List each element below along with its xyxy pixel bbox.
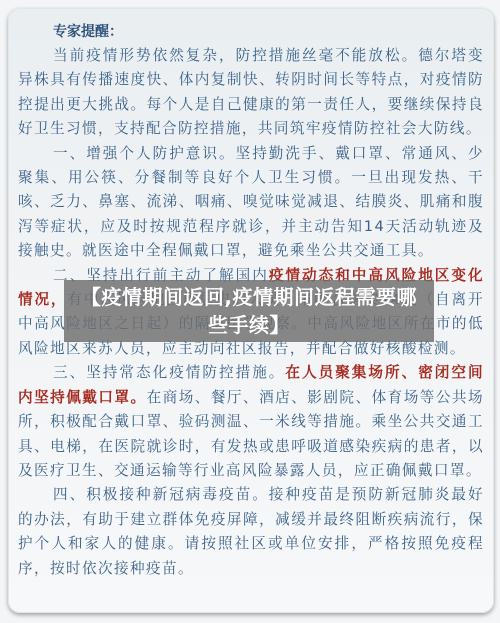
section-3-paragraph: 三、坚持常态化疫情防控措施。在人员聚集场所、密闭空间内坚持佩戴口罩。在商场、餐厅… [18,361,484,483]
intro-paragraph: 当前疫情形势依然复杂，防控措施丝毫不能放松。德尔塔变异株具有传播速度快、体内复制… [18,44,484,142]
section-3-lead: 三、坚持常态化疫情防控措施。 [53,364,285,381]
section-1-paragraph: 一、增强个人防护意识。坚持勤洗手、戴口罩、常通风、少聚集、用公筷、分餐制等良好个… [18,142,484,264]
title-overlay-banner: 【疫情期间返回,疫情期间返程需要哪些手续】 [64,280,434,342]
section-4-paragraph: 四、积极接种新冠病毒疫苗。接种疫苗是预防新冠肺炎最好的办法，有助于建立群体免疫屏… [18,483,484,581]
card-heading: 专家提醒： [18,20,484,44]
